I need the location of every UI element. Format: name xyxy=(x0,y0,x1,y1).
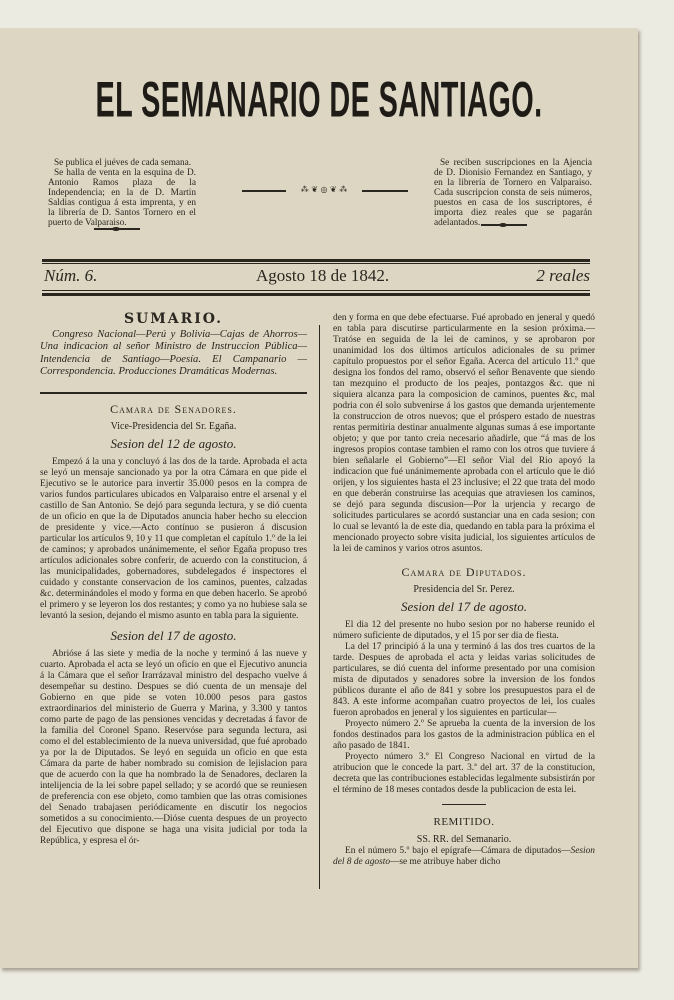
issue-price: 2 reales xyxy=(536,266,590,286)
dateline-bottom-rule xyxy=(42,293,590,296)
remitido-text-part: En el número 5.º bajo el epígrafe—Cámara… xyxy=(345,846,571,856)
center-ornament-rule xyxy=(242,190,286,192)
senado-presidency: Vice-Presidencia del Sr. Egaña. xyxy=(40,421,307,432)
sumario-title: SUMARIO. xyxy=(40,314,307,325)
issue-number: Núm. 6. xyxy=(44,266,97,286)
diputados-presidency: Presidencia del Sr. Perez. xyxy=(333,584,595,595)
issue-date: Agosto 18 de 1842. xyxy=(256,266,389,286)
diputados-paragraph: El dia 12 del presente no hubo sesion po… xyxy=(333,620,595,642)
left-column: SUMARIO. Congreso Nacional—Perú y Bolivi… xyxy=(40,312,307,847)
remitido-text: En el número 5.º bajo el epígrafe—Cámara… xyxy=(333,846,595,868)
sumario-body: Congreso Nacional—Perú y Bolivia—Cajas d… xyxy=(40,329,307,378)
diputados-paragraph: La del 17 principió á la una y terminó á… xyxy=(333,642,595,719)
dateline-top-rule xyxy=(42,259,590,262)
dateline: Núm. 6. Agosto 18 de 1842. 2 reales xyxy=(44,266,590,288)
info-line: Se reciben suscripciones en la Ajencia d… xyxy=(434,158,592,228)
remitido-heading: REMITIDO. xyxy=(333,817,595,828)
diputados-paragraph: Proyecto número 2.º Se aprueba la cuenta… xyxy=(333,719,595,752)
diputados-paragraph: Proyecto número 3.º El Congreso Nacional… xyxy=(333,752,595,796)
info-line: Se halla de venta en la esquina de D. An… xyxy=(48,168,196,228)
ornament-dot xyxy=(499,223,507,227)
diputados-session-title: Sesion del 17 de agosto. xyxy=(333,601,595,612)
senado-session2-continued: den y forma en que debe efectuarse. Fué … xyxy=(333,313,595,555)
center-ornament-rule xyxy=(362,190,408,192)
masthead-title: EL SEMANARIO DE SANTIAGO. xyxy=(70,72,568,129)
dateline-top-rule-thin xyxy=(42,263,590,264)
column-rule xyxy=(319,325,320,889)
ornament-dot xyxy=(112,227,120,231)
senado-session2-title: Sesion del 17 de agosto. xyxy=(40,630,307,641)
remitido-divider xyxy=(442,804,486,805)
center-ornament-icon: ⁂ ❦ ◎ ❦ ⁂ xyxy=(284,185,364,195)
senado-session1-text: Empezó á la una y concluyó á las dos de … xyxy=(40,457,307,622)
remitido-addressee: SS. RR. del Semanario. xyxy=(333,834,595,845)
remitido-text-part: —se me atribuye haber dicho xyxy=(390,857,500,867)
senado-session2-text: Abrióse á las siete y media de la noche … xyxy=(40,649,307,847)
senado-heading: Camara de Senadores. xyxy=(40,404,307,415)
info-line: Se publica el juéves de cada semana. xyxy=(48,158,196,168)
right-column: den y forma en que debe efectuarse. Fué … xyxy=(333,313,595,868)
subscription-info: Se reciben suscripciones en la Ajencia d… xyxy=(434,158,592,228)
dateline-bottom-rule-thin xyxy=(42,290,590,291)
senado-session1-title: Sesion del 12 de agosto. xyxy=(40,438,307,449)
section-divider xyxy=(40,392,307,394)
diputados-heading: Camara de Diputados. xyxy=(333,567,595,578)
publication-info: Se publica el juéves de cada semana. Se … xyxy=(48,158,196,228)
